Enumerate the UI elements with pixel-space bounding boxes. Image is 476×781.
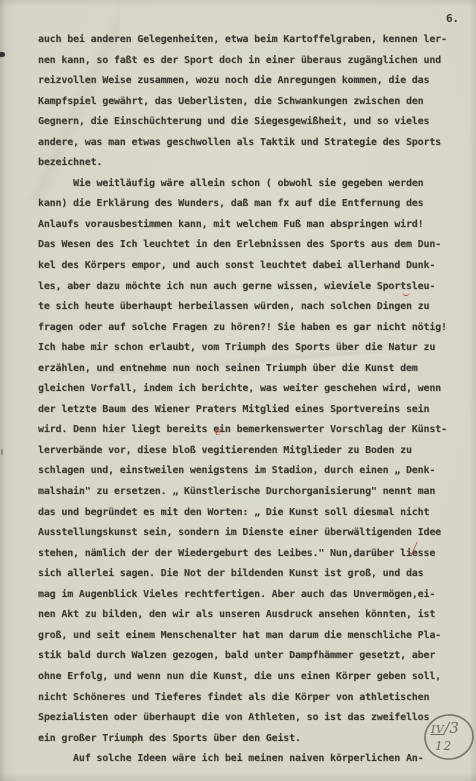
text-line: nen Akt zu bilden, den wir als unseren A… xyxy=(38,605,447,626)
text-line: te sich heute überhaupt herbeilassen wür… xyxy=(38,297,447,318)
text-line: das und begründet es mit den Worten: „ D… xyxy=(38,503,447,524)
text-line: nen kann, so faßt es der Sport doch in e… xyxy=(38,51,447,72)
text-line: Wie weitläufig wäre allein schon ( obwoh… xyxy=(38,174,447,195)
text-line: Spezialisten oder überhaupt die von Athl… xyxy=(38,708,447,729)
red-ink-correction-letter: e xyxy=(215,426,222,437)
text-line: kann) die Erklärung des Wunders, daß man… xyxy=(38,194,447,215)
text-line: schlagen und, einstweilen wenigstens im … xyxy=(38,461,447,482)
text-line: fragen oder auf solche Fragen zu hören?!… xyxy=(38,318,447,339)
text-line: malshain" zu ersetzen. „ Künstlerische D… xyxy=(38,482,447,503)
text-line: les, aber dazu möchte ich nun auch gerne… xyxy=(38,277,447,298)
text-line: Ausstellungskunst sein, sondern im Diens… xyxy=(38,523,447,544)
text-line: kel des Körpers empor, und auch sonst le… xyxy=(38,256,447,277)
text-line: ein großer Triumph des Sports über den G… xyxy=(38,729,447,750)
manuscript-page: 6. auch bei anderen Gelegenheiten, etwa … xyxy=(0,0,476,781)
text-line: mag im Augenblick Vieles rechtfertigen. … xyxy=(38,585,447,606)
annotation-roman-numeral: IV xyxy=(431,723,444,736)
annotation-page-count: 12 xyxy=(435,739,452,753)
text-line: wird. Denn hier liegt bereits ein bemerk… xyxy=(38,420,447,441)
text-line: sich allerlei sagen. Die Not der bildend… xyxy=(38,564,447,585)
text-line: lerverbände vor, diese bloß vegitierende… xyxy=(38,441,447,462)
text-line: gleichen Vorfall, indem ich berichte, wa… xyxy=(38,379,447,400)
text-line: Anlaufs vorausbestimmen kann, mit welche… xyxy=(38,215,447,236)
typewritten-text-block: auch bei anderen Gelegenheiten, etwa bei… xyxy=(38,30,447,770)
text-line: auch bei anderen Gelegenheiten, etwa bei… xyxy=(38,30,447,51)
text-line: bezeichnet. xyxy=(38,153,447,174)
scan-artifact-speck xyxy=(1,449,3,455)
text-line: Auf solche Ideen wäre ich bei meinen nai… xyxy=(38,749,447,770)
text-line: Gegnern, die Einschüchterung und die Sie… xyxy=(38,112,447,133)
text-line: Ich habe mir schon erlaubt, vom Triumph … xyxy=(38,338,447,359)
annotation-signature: IV/3 xyxy=(431,718,459,737)
text-line: der letzte Baum des Wiener Praters Mitgl… xyxy=(38,400,447,421)
text-line: erzählen, und entnehme nun noch seinen T… xyxy=(38,359,447,380)
scan-artifact-dash xyxy=(0,52,5,57)
annotation-slash-number: /3 xyxy=(444,719,459,737)
text-line: groß, und seit einem Menschenalter hat m… xyxy=(38,626,447,647)
text-line: stehen, nämlich der der Wiedergeburt des… xyxy=(38,544,447,565)
text-line: Das Wesen des Ich leuchtet in den Erlebn… xyxy=(38,235,447,256)
text-line: reizvollen Weise zusammen, wozu noch die… xyxy=(38,71,447,92)
pencil-archive-annotation: IV/3 12 xyxy=(422,711,476,765)
text-line: andere, was man etwas geschwollen als Ta… xyxy=(38,133,447,154)
page-number: 6. xyxy=(446,12,459,26)
text-line: Kampfspiel gewährt, das Ueberlisten, die… xyxy=(38,92,447,113)
text-line: ohne Erfolg, und wenn nun die Kunst, die… xyxy=(38,667,447,688)
text-line: nicht Schöneres und Tieferes findet als … xyxy=(38,688,447,709)
text-line: stik bald durch Walzen gezogen, bald unt… xyxy=(38,646,447,667)
